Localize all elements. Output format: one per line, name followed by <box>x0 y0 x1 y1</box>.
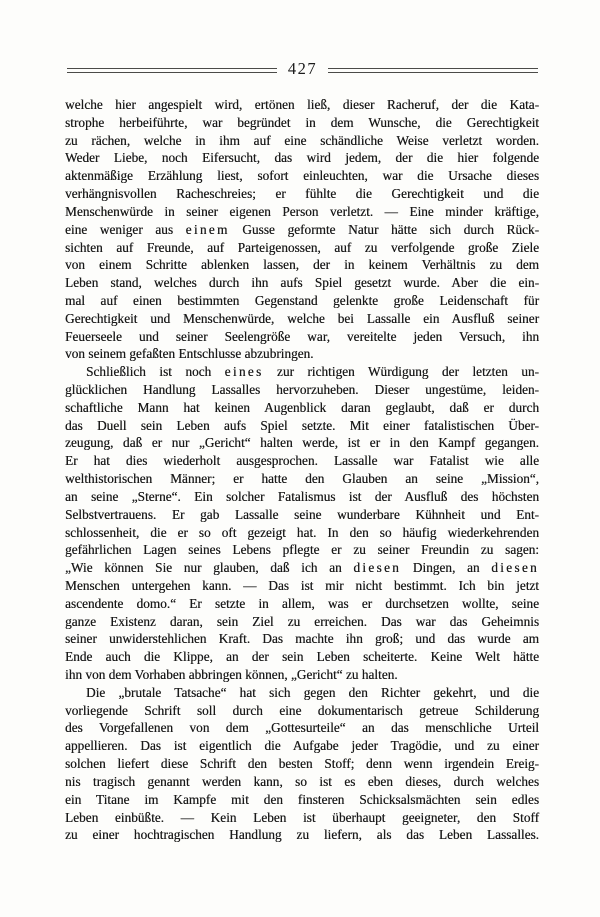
header-rule-right <box>328 68 538 73</box>
text-line: mal auf einen bestimmten Gegenstand gele… <box>65 292 539 310</box>
text-line: schlossenheit, die er so oft gezeigt hat… <box>65 524 539 542</box>
text-line: Menschenwürde in seiner eigenen Person v… <box>65 203 539 221</box>
text-line: verhängnisvollen Racheschreies; er fühlt… <box>65 185 539 203</box>
paragraph: Schließlich ist noch eines zur richtigen… <box>65 363 539 684</box>
text-line: strophe herbeiführte, war begründet in d… <box>65 114 539 132</box>
text-line: nis tragisch genannt werden kann, so ist… <box>65 773 539 791</box>
emphasized-word: diesen <box>491 560 539 575</box>
text-line: Gerechtigkeit und Menschenwürde, welche … <box>65 310 539 328</box>
text-line: sichten auf Freunde, auf Parteigenossen,… <box>65 239 539 257</box>
text-line: „Wie können Sie nur glauben, daß ich an … <box>65 559 539 577</box>
page-number: 427 <box>288 59 317 79</box>
text-line: Feuerseele und seiner Seelengröße war, v… <box>65 328 539 346</box>
text-line: eine weniger aus einem Gusse geformte Na… <box>65 221 539 239</box>
emphasized-word: eines <box>225 364 264 379</box>
book-page: 427 welche hier angespielt wird, ertönen… <box>0 0 600 917</box>
page-body: welche hier angespielt wird, ertönen lie… <box>65 96 539 844</box>
text-line: Er hat dies wiederholt ausgesprochen. La… <box>65 452 539 470</box>
text-line: Weder Liebe, noch Eifersucht, das wird j… <box>65 149 539 167</box>
text-line: Schließlich ist noch eines zur richtigen… <box>65 363 539 381</box>
text-line: Leben einbüßte. — Kein Leben ist überhau… <box>65 809 539 827</box>
text-line: gefährlichen Lagen seines Lebens pflegte… <box>65 541 539 559</box>
text-line: appellieren. Das ist eigentlich die Aufg… <box>65 737 539 755</box>
paragraph: welche hier angespielt wird, ertönen lie… <box>65 96 539 363</box>
text-line: ascendente domo.“ Er setzte in allem, wa… <box>65 595 539 613</box>
text-line: ihn von dem Vorhaben abbringen können, „… <box>65 666 539 684</box>
text-line: seiner unwiderstehlichen Kraft. Das mach… <box>65 630 539 648</box>
text-line: vorliegende Schrift soll durch eine doku… <box>65 702 539 720</box>
text-line: ein Titane im Kampfe mit den finsteren S… <box>65 791 539 809</box>
text-line: Die „brutale Tatsache“ hat sich gegen de… <box>65 684 539 702</box>
text-line: schaftliche Mann hat keinen Augenblick d… <box>65 399 539 417</box>
text-line: zeugung, daß er nur „Gericht“ halten wer… <box>65 434 539 452</box>
page-header: 427 <box>67 60 538 80</box>
text-line: an seine „Sterne“. Ein solcher Fatalismu… <box>65 488 539 506</box>
text-line: das Duell sein Leben aufs Spiel setzte. … <box>65 417 539 435</box>
text-line: zu rächen, welche in ihm auf eine schänd… <box>65 132 539 150</box>
text-line: Ende auch die Klippe, an der sein Leben … <box>65 648 539 666</box>
text-line: glücklichen Handlung Lassalles hervorzuh… <box>65 381 539 399</box>
text-line: des Vorgefallenen von dem „Gottesurteile… <box>65 719 539 737</box>
text-line: Menschen untergehen kann. — Das ist mir … <box>65 577 539 595</box>
text-line: von seinem gefaßten Entschlusse abzubrin… <box>65 345 539 363</box>
emphasized-word: einem <box>186 222 230 237</box>
text-line: Leben stand, welches durch ihn aufs Spie… <box>65 274 539 292</box>
text-line: zu einer hochtragischen Handlung zu lief… <box>65 826 539 844</box>
text-line: von einem Schritte ablenken lassen, der … <box>65 256 539 274</box>
text-line: ganze Existenz daran, sein Ziel zu errei… <box>65 613 539 631</box>
text-line: aktenmäßige Erzählung liest, sofort einl… <box>65 167 539 185</box>
text-line: welche hier angespielt wird, ertönen lie… <box>65 96 539 114</box>
emphasized-word: diesen <box>353 560 401 575</box>
text-line: Selbstvertrauens. Er gab Lassalle seine … <box>65 506 539 524</box>
text-line: solchen liefert diese Schrift den besten… <box>65 755 539 773</box>
text-line: welthistorischen Männer; er hatte den Gl… <box>65 470 539 488</box>
header-rule-left <box>67 68 277 73</box>
paragraph: Die „brutale Tatsache“ hat sich gegen de… <box>65 684 539 844</box>
